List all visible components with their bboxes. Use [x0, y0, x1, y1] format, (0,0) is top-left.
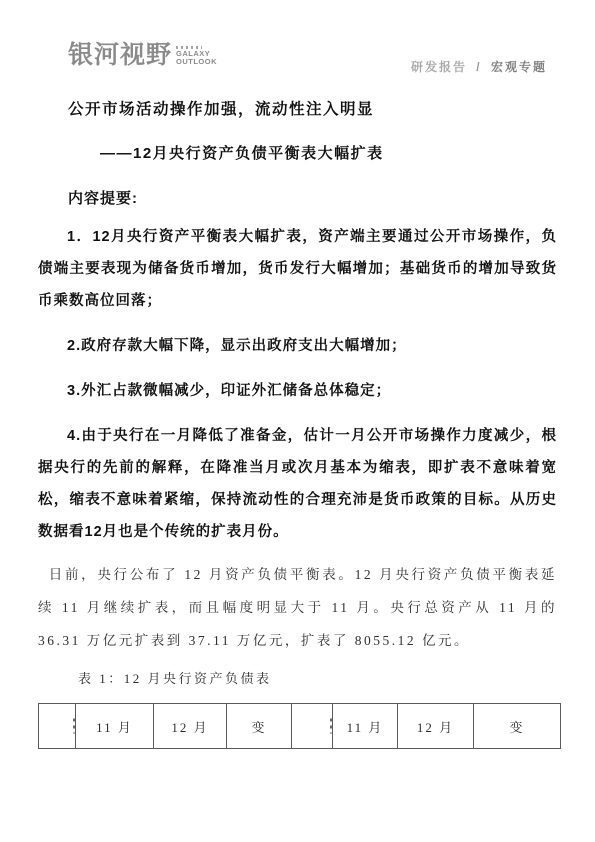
table-header-cell-dec-left: 12 月 — [154, 704, 227, 749]
logo-wordmark: GALAXY OUTLOOK — [176, 46, 217, 68]
header-report-label: 研发报告 / 宏观专题 — [411, 58, 547, 75]
table-header-cell-item-right — [292, 704, 333, 749]
table-header-cell-nov-right: 11 月 — [333, 704, 398, 749]
summary-heading: 内容提要: — [38, 190, 557, 208]
report-subtitle: ——12月央行资产负债平衡表大幅扩表 — [38, 145, 557, 163]
table-header-cell-item-left — [39, 704, 76, 749]
document-page: 银河视野 GALAXY OUTLOOK 研发报告 / 宏观专题 公开市场活动操作… — [0, 0, 595, 842]
balance-sheet-table: 11 月 12 月 变 11 月 — [38, 703, 561, 749]
table-header-text: 11 月 — [347, 720, 384, 735]
table-caption: 表 1：12 月央行资产负债表 — [38, 670, 557, 688]
table-header-cell-nov-left: 11 月 — [76, 704, 154, 749]
report-body: 公开市场活动操作加强，流动性注入明显 ——12月央行资产负债平衡表大幅扩表 内容… — [38, 101, 557, 749]
report-title: 公开市场活动操作加强，流动性注入明显 — [38, 101, 557, 119]
table-header-cell-change-left: 变 — [227, 704, 292, 749]
summary-point-2: 2.政府存款大幅下降，显示出政府支出大幅增加； — [38, 330, 557, 362]
logo-wordmark-line2: OUTLOOK — [176, 58, 217, 66]
body-paragraph: 日前，央行公布了 12 月资产负债平衡表。12 月央行资产负债平衡表延续 11 … — [38, 558, 557, 657]
table-header-text: 变 — [509, 720, 524, 735]
table-header-text: 变 — [251, 720, 266, 735]
summary-point-3: 3.外汇占款微幅减少，印证外汇储备总体稳定； — [38, 375, 557, 407]
summary-point-4: 4.由于央行在一月降低了准备金，估计一月公开市场操作力度减少，根据央行的先前的解… — [38, 420, 557, 548]
header-separator: / — [472, 60, 485, 74]
page-header: 银河视野 GALAXY OUTLOOK 研发报告 / 宏观专题 — [68, 42, 547, 75]
table-header-cell-dec-right: 12 月 — [398, 704, 474, 749]
summary-point-1: 1．12月央行资产平衡表大幅扩表，资产端主要通过公开市场操作，负债端主要表现为储… — [38, 221, 557, 317]
logo-text: 银河视野 — [68, 42, 172, 68]
brand-logo: 银河视野 GALAXY OUTLOOK — [68, 42, 217, 68]
report-type-label: 研发报告 — [411, 60, 467, 74]
table-header-text: 12 月 — [417, 720, 454, 735]
report-topic-label: 宏观专题 — [491, 60, 547, 74]
table-header-text: 11 月 — [96, 720, 133, 735]
table-header-text: 12 月 — [171, 720, 208, 735]
table-header-cell-change-right: 变 — [474, 704, 561, 749]
table-header-row: 11 月 12 月 变 11 月 — [39, 704, 561, 749]
